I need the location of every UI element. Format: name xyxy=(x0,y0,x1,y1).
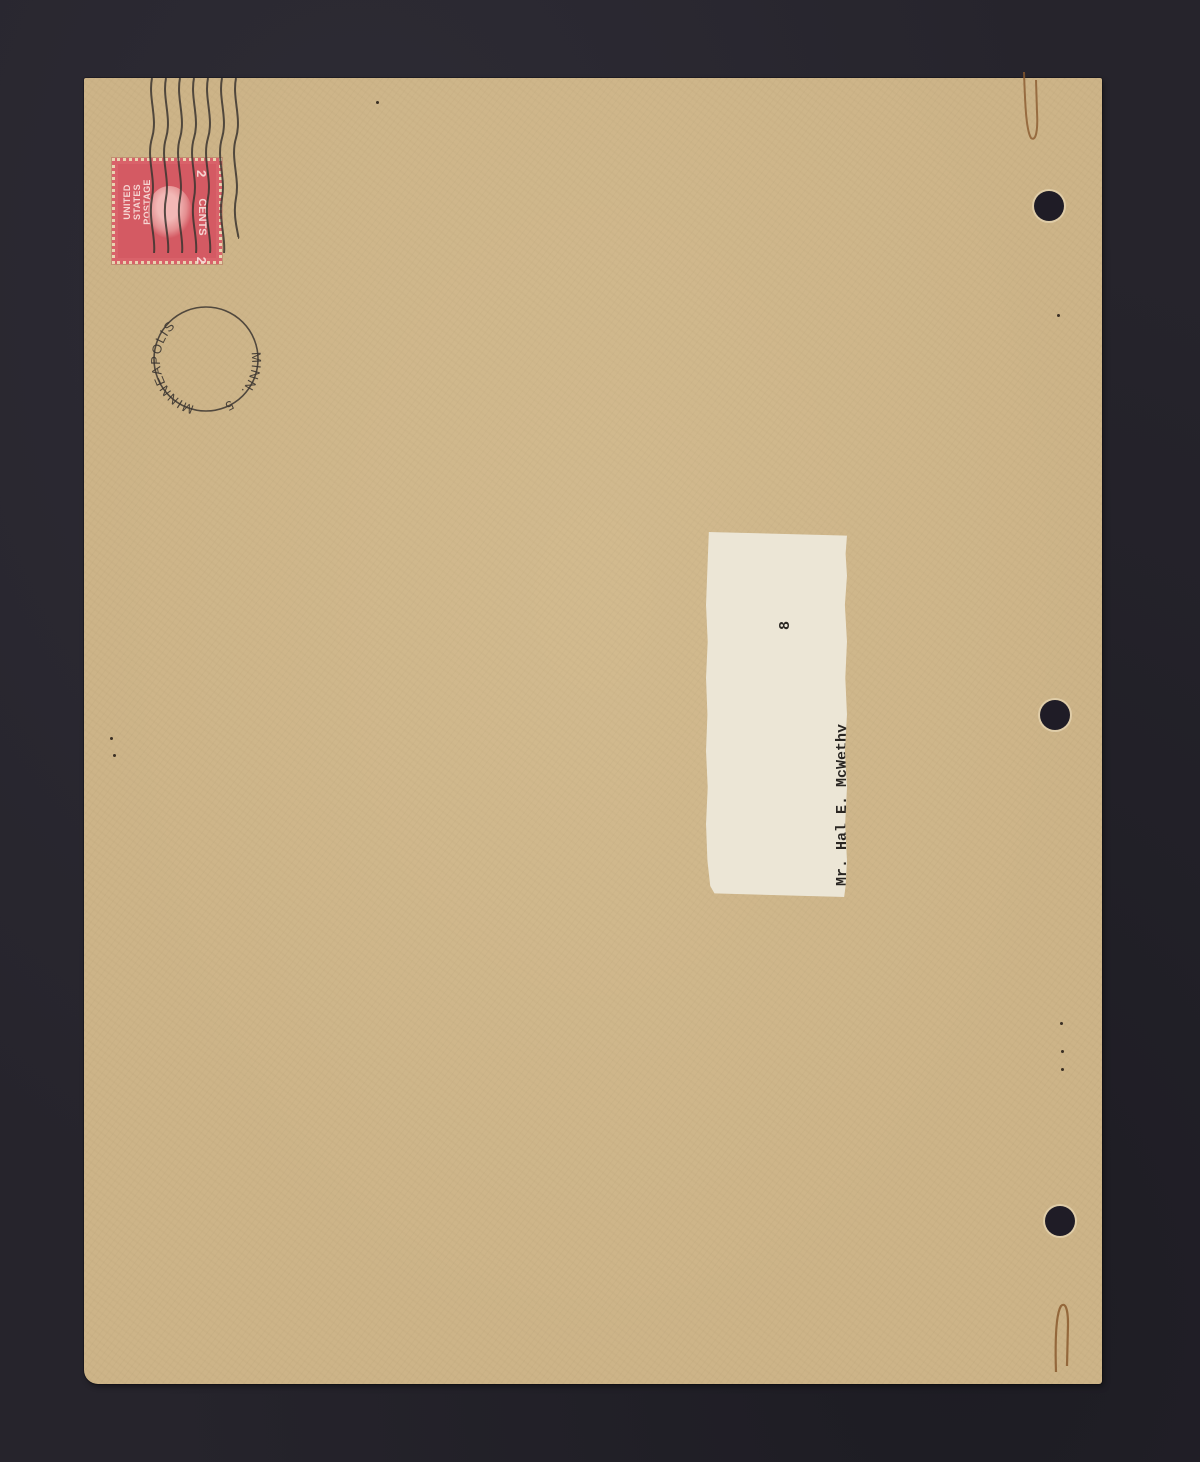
svg-text:5: 5 xyxy=(223,397,236,414)
paper-speck xyxy=(113,754,116,757)
svg-text:MINN.: MINN. xyxy=(238,352,264,399)
address-postal-zone: 8 xyxy=(777,620,794,629)
svg-text:MINNEAPOLIS: MINNEAPOLIS xyxy=(148,318,196,415)
paper-speck xyxy=(1057,314,1060,317)
paper-speck xyxy=(1061,1050,1064,1053)
punch-hole-middle xyxy=(1040,700,1070,730)
paper-speck xyxy=(1061,1068,1064,1071)
paper-clip-mark-bottom xyxy=(1053,1300,1071,1372)
paper-speck xyxy=(110,737,113,740)
postmark-state: MINN. xyxy=(238,352,264,399)
envelope xyxy=(84,78,1102,1384)
paper-speck xyxy=(376,101,379,104)
punch-hole-top xyxy=(1034,191,1064,221)
cancellation-lines xyxy=(146,78,246,253)
stamp-line-1: UNITED xyxy=(122,162,132,242)
address-label: Mr. Hal E. McWethy 2174 Doswell Ave. St.… xyxy=(706,532,847,897)
punch-hole-bottom xyxy=(1045,1206,1075,1236)
postmark: MINNEAPOLIS MINN. 5 xyxy=(148,303,264,415)
postmark-city: MINNEAPOLIS xyxy=(148,318,196,415)
stamp-value-right: 2 xyxy=(195,257,210,264)
paper-clip-mark-top xyxy=(1022,72,1040,144)
stamp-line-2: STATES xyxy=(132,162,142,242)
paper-speck xyxy=(1060,1022,1063,1025)
postmark-zone: 5 xyxy=(223,397,236,414)
